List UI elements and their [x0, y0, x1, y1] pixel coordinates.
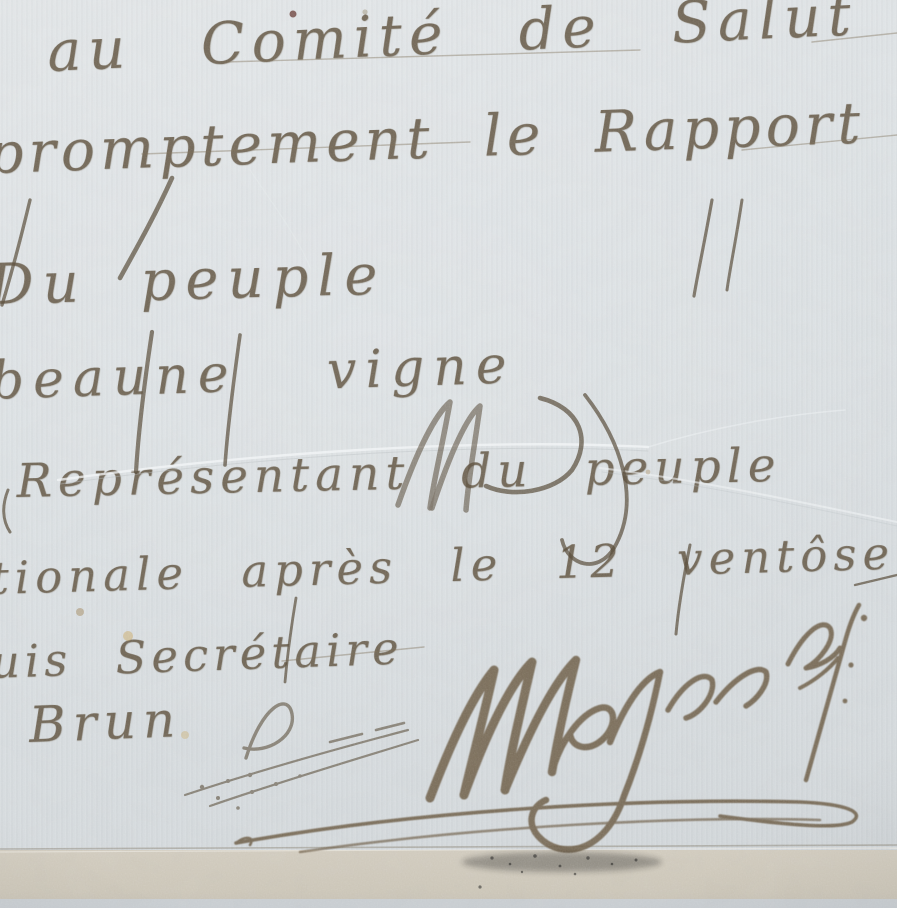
handwriting-line-2: promptement le Rapport	[0, 95, 866, 183]
ink-smudge	[462, 852, 662, 889]
handwriting-line-1: au Comité de Salut	[46, 0, 859, 81]
manuscript-photo: au Comité de Salut promptement le Rappor…	[0, 0, 897, 908]
fold-band	[0, 845, 897, 908]
handwriting-line-5: Représentant du peuple	[16, 442, 782, 505]
fold-line	[0, 845, 897, 849]
handwriting-line-4: beaune vigne	[0, 340, 516, 408]
paraphe-flourish	[185, 704, 418, 810]
handwriting-line-8: Brun	[28, 694, 183, 750]
handwriting-line-7: uis Secrétaire	[0, 626, 404, 685]
handwriting-line-3: Du peuple	[0, 248, 387, 314]
bottom-edge-strip	[0, 899, 897, 908]
signature-underline	[236, 801, 856, 843]
handwriting-line-6: tionale après le 12 ventôse	[0, 531, 896, 601]
